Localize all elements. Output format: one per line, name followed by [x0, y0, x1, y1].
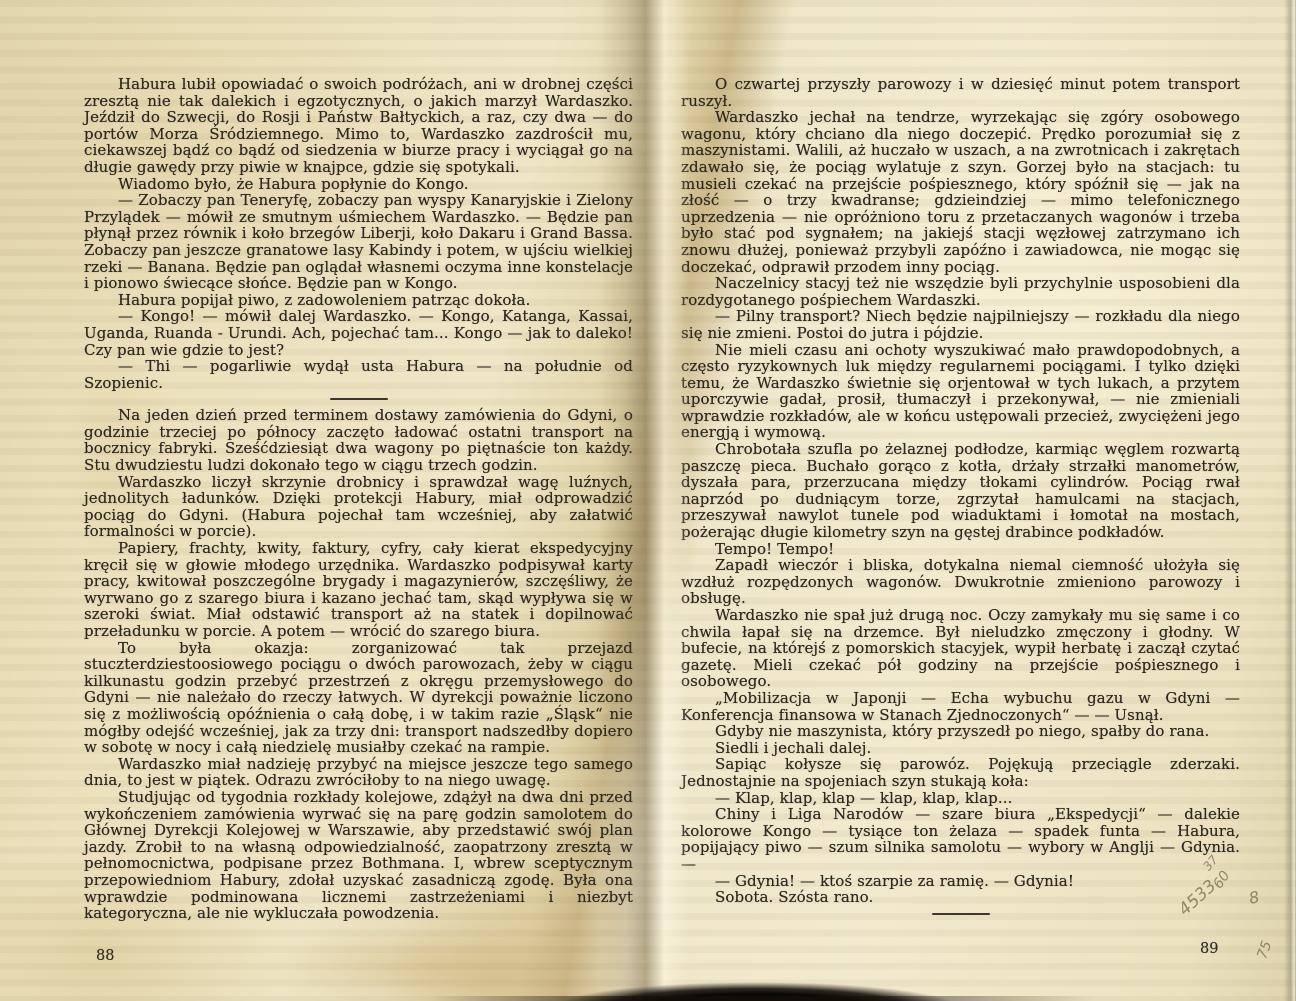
left-page-text-column: Habura lubił opowiadać o swoich podróżac…: [84, 76, 633, 922]
right-page-text-column: O czwartej przyszły parowozy i w dziesię…: [681, 76, 1240, 922]
paragraph: Habura popijał piwo, z zadowoleniem patr…: [84, 292, 633, 309]
paragraph: Siedli i jechali dalej.: [681, 740, 1240, 757]
paragraph: Papiery, frachty, kwity, faktury, cyfry,…: [84, 540, 633, 640]
paragraph: Wiadomo było, że Habura popłynie do Kong…: [84, 176, 633, 193]
paragraph: — Kongo! — mówił dalej Wardaszko. — Kong…: [84, 308, 633, 358]
pencil-annotation: 8: [1247, 887, 1261, 908]
paragraph: — Zobaczy pan Teneryfę, zobaczy pan wysp…: [84, 192, 633, 292]
section-divider: [932, 913, 990, 915]
paragraph: Zapadł wieczór i bliska, dotykalna niema…: [681, 557, 1240, 607]
paragraph: To była okazja: zorganizować tak przejaz…: [84, 640, 633, 756]
pencil-annotation: 75: [1254, 939, 1275, 961]
page-number-right: 89: [1200, 941, 1218, 957]
paragraph: „Mobilizacja w Japonji — Echa wybuchu ga…: [681, 690, 1240, 723]
paragraph: Na jeden dzień przed terminem dostawy za…: [84, 407, 633, 473]
paragraph: Wardaszko nie spał już drugą noc. Oczy z…: [681, 607, 1240, 690]
paragraph: Sapiąc kołysze się parowóz. Pojękują prz…: [681, 756, 1240, 789]
paragraph: — Klap, klap, klap — klap, klap, klap...: [681, 790, 1240, 807]
page-edge-right: [1284, 0, 1296, 1001]
paragraph: Chiny i Liga Narodów — szare biura „Eksp…: [681, 806, 1240, 872]
scan-background-edge: [430, 996, 1130, 1001]
paragraph: Habura lubił opowiadać o swoich podróżac…: [84, 76, 633, 176]
paragraph: Naczelnicy stacyj też nie wszędzie byli …: [681, 275, 1240, 308]
paragraph: Tempo! Tempo!: [681, 541, 1240, 558]
scan-background-spine: [552, 982, 960, 1001]
page-number-left: 88: [96, 948, 114, 964]
section-divider: [330, 398, 388, 400]
paragraph: Gdyby nie maszynista, który przyszedł po…: [681, 723, 1240, 740]
paper-stain: [260, 930, 590, 1000]
paragraph: O czwartej przyszły parowozy i w dziesię…: [681, 76, 1240, 109]
paragraph: Nie mieli czasu ani ochoty wyszukiwać ma…: [681, 342, 1240, 442]
paragraph: — Thi — pogarliwie wydął usta Habura — n…: [84, 358, 633, 391]
paragraph: Wardaszko liczył skrzynie drobnicy i spr…: [84, 474, 633, 540]
paragraph: — Gdynia! — ktoś szarpie za ramię. — Gdy…: [681, 873, 1240, 890]
paragraph: — Pilny transport? Niech będzie najpilni…: [681, 308, 1240, 341]
paragraph: Studjując od tygodnia rozkłady kolejowe,…: [84, 789, 633, 922]
paragraph: Chrobotała szufla po żelaznej podłodze, …: [681, 441, 1240, 541]
paragraph: Sobota. Szósta rano.: [681, 889, 1240, 906]
paragraph: Wardaszko miał nadzieję przybyć na miejs…: [84, 756, 633, 789]
book-scan: Habura lubił opowiadać o swoich podróżac…: [0, 0, 1296, 1001]
paragraph: Wardaszko jechał na tendrze, wyrzekając …: [681, 109, 1240, 275]
